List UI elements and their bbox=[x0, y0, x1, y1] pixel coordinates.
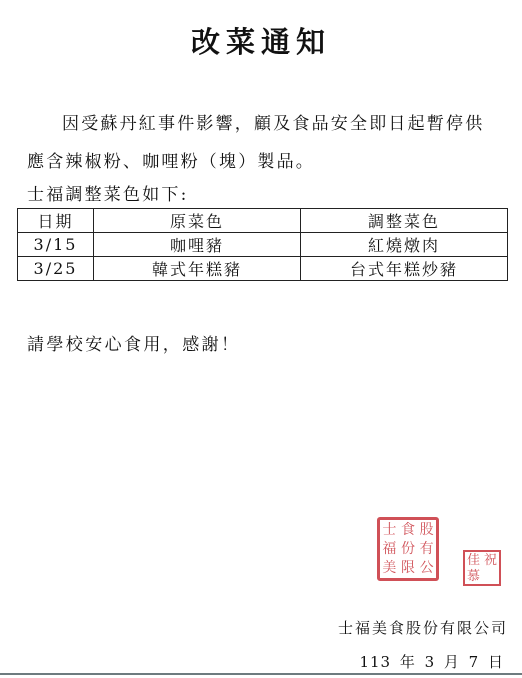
seal-char: 份 bbox=[401, 542, 415, 556]
personal-seal-stamp: 佳 祝 慕 bbox=[463, 550, 501, 586]
cell-original-dish: 韓式年糕豬 bbox=[94, 257, 301, 281]
notice-title: 改菜通知 bbox=[0, 20, 522, 61]
header-adjusted-dish: 調整菜色 bbox=[301, 209, 508, 233]
table-header-row: 日期 原菜色 調整菜色 bbox=[18, 209, 508, 233]
signature-company: 士福美食股份有限公司 bbox=[338, 617, 508, 638]
seal-char: 限 bbox=[401, 561, 415, 575]
seal-char: 士 bbox=[382, 523, 396, 537]
table-row: 3/25 韓式年糕豬 台式年糕炒豬 bbox=[18, 257, 508, 281]
seal-char: 有 bbox=[420, 542, 434, 556]
header-original-dish: 原菜色 bbox=[94, 209, 301, 233]
signature-date: 113 年 3 月 7 日 bbox=[359, 651, 504, 672]
seal-char: 公 bbox=[420, 561, 434, 575]
seal-char: 美 bbox=[382, 561, 396, 575]
header-date: 日期 bbox=[18, 209, 94, 233]
notice-paragraph-line-1: 因受蘇丹紅事件影響，顧及食品安全即日起暫停供 bbox=[62, 109, 484, 134]
seal-char: 祝 bbox=[484, 554, 497, 567]
company-seal-stamp: 士 食 股 福 份 有 美 限 公 bbox=[377, 517, 439, 581]
cell-date: 3/15 bbox=[18, 233, 94, 257]
cell-date: 3/25 bbox=[18, 257, 94, 281]
seal-char: 佳 bbox=[467, 554, 480, 567]
seal-char: 股 bbox=[420, 523, 434, 537]
bottom-divider bbox=[0, 673, 522, 675]
seal-char: 慕 bbox=[467, 570, 480, 583]
table-intro: 士福調整菜色如下: bbox=[27, 180, 189, 205]
seal-char: 福 bbox=[382, 542, 396, 556]
seal-char: 食 bbox=[401, 523, 415, 537]
table-row: 3/15 咖哩豬 紅燒燉肉 bbox=[18, 233, 508, 257]
menu-change-table: 日期 原菜色 調整菜色 3/15 咖哩豬 紅燒燉肉 3/25 韓式年糕豬 台式年… bbox=[17, 208, 508, 281]
cell-adjusted-dish: 紅燒燉肉 bbox=[301, 233, 508, 257]
closing-line: 請學校安心食用，感謝！ bbox=[27, 330, 240, 355]
cell-original-dish: 咖哩豬 bbox=[94, 233, 301, 257]
notice-paragraph-line-2: 應含辣椒粉、咖哩粉（塊）製品。 bbox=[27, 147, 315, 172]
cell-adjusted-dish: 台式年糕炒豬 bbox=[301, 257, 508, 281]
